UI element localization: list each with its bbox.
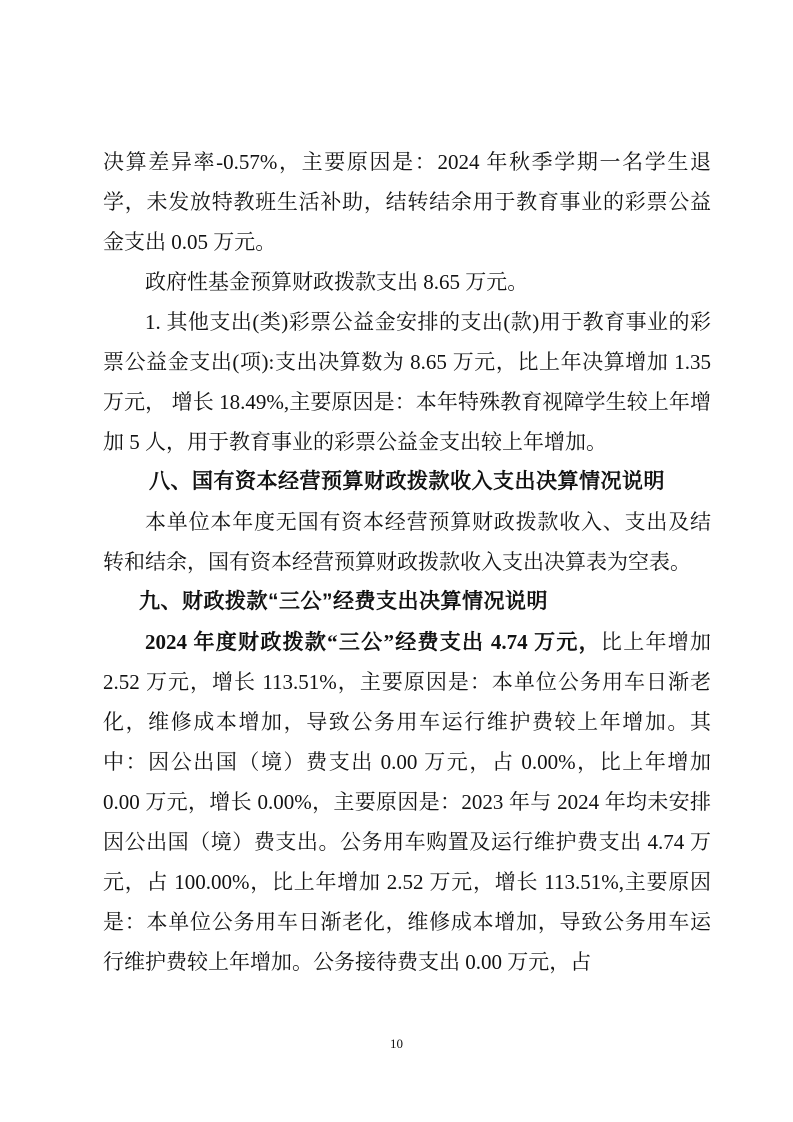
bold-text-run: 2024 年度财政拨款“三公”经费支出 4.74 万元，: [145, 630, 601, 654]
text-run: 决算差异率-0.57%，主要原因是：2024 年秋季学期一名学生退学，未发放特教…: [103, 150, 711, 254]
document-body: 决算差异率-0.57%，主要原因是：2024 年秋季学期一名学生退学，未发放特教…: [103, 142, 711, 982]
paragraph: 2024 年度财政拨款“三公”经费支出 4.74 万元，比上年增加 2.52 万…: [103, 622, 711, 982]
bold-text-run: 八、国有资本经营预算财政拨款收入支出决算情况说明: [149, 470, 665, 493]
paragraph: 政府性基金预算财政拨款支出 8.65 万元。: [103, 262, 711, 302]
bold-text-run: 九、财政拨款“三公”经费支出决算情况说明: [139, 590, 548, 613]
text-run: 比上年增加 2.52 万元，增长 113.51%，主要原因是：本单位公务用车日渐…: [103, 630, 711, 974]
section-heading: 九、财政拨款“三公”经费支出决算情况说明: [103, 582, 711, 622]
text-run: 1. 其他支出(类)彩票公益金安排的支出(款)用于教育事业的彩票公益金支出(项)…: [103, 310, 711, 454]
page-number: 10: [0, 1034, 793, 1054]
text-run: 政府性基金预算财政拨款支出 8.65 万元。: [145, 270, 528, 294]
paragraph: 1. 其他支出(类)彩票公益金安排的支出(款)用于教育事业的彩票公益金支出(项)…: [103, 302, 711, 462]
document-page: 决算差异率-0.57%，主要原因是：2024 年秋季学期一名学生退学，未发放特教…: [0, 0, 793, 1122]
section-heading: 八、国有资本经营预算财政拨款收入支出决算情况说明: [103, 462, 711, 502]
paragraph: 本单位本年度无国有资本经营预算财政拨款收入、支出及结转和结余，国有资本经营预算财…: [103, 502, 711, 582]
text-run: 本单位本年度无国有资本经营预算财政拨款收入、支出及结转和结余，国有资本经营预算财…: [103, 510, 711, 574]
paragraph: 决算差异率-0.57%，主要原因是：2024 年秋季学期一名学生退学，未发放特教…: [103, 142, 711, 262]
